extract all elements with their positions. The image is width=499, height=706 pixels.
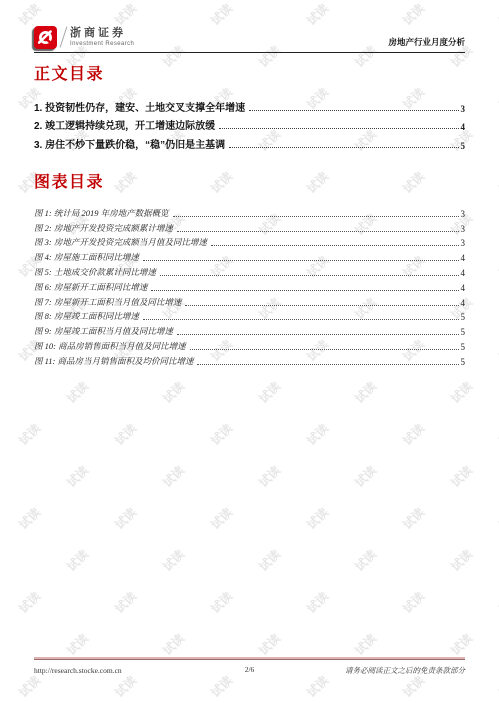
toc-item[interactable]: 3. 房住不炒下量跌价稳，“稳”仍旧是主基调 5	[34, 132, 465, 151]
document-page: 试读 试读 浙商证券 Investment Research	[0, 0, 499, 706]
page-content: 浙商证券 Investment Research 房地产行业月度分析 正文目录 …	[0, 0, 499, 706]
footer-divider	[34, 657, 465, 660]
dotted-leader	[143, 319, 459, 320]
figure-item-page: 4	[461, 253, 466, 263]
figure-toc-list: 图 1: 统计局 2019 年房地产数据概览 3 图 2: 房地产开发投资完成额…	[34, 204, 465, 367]
figure-toc-item[interactable]: 图 8: 房屋竣工面积同比增速 5	[34, 308, 465, 323]
figure-item-label: 图 5: 土地成交价款累计同比增速	[34, 266, 156, 278]
footer-row: http://research.stocke.com.cn 2/6 请务必阅读正…	[34, 665, 465, 676]
report-title: 房地产行业月度分析	[388, 36, 465, 52]
figure-item-label: 图 2: 房地产开发投资完成额累计增速	[34, 222, 173, 234]
figure-toc-item[interactable]: 图 7: 房屋新开工面积当月值及同比增速 4	[34, 293, 465, 308]
figure-item-page: 4	[461, 298, 466, 308]
page-number-indicator: 2/6	[34, 665, 465, 674]
figure-toc-item[interactable]: 图 2: 房地产开发投资完成额累计增速 3	[34, 219, 465, 234]
toc-item[interactable]: 2. 竣工逻辑持续兑现，开工增速边际放缓 4	[34, 114, 465, 133]
page-footer: http://research.stocke.com.cn 2/6 请务必阅读正…	[34, 657, 465, 676]
figure-item-label: 图 6: 房屋新开工面积同比增速	[34, 281, 147, 293]
figure-item-label: 图 10: 商品房销售面积当月值及同比增速	[34, 340, 186, 352]
figure-item-label: 图 4: 房屋施工面积同比增速	[34, 251, 139, 263]
figure-item-label: 图 3: 房地产开发投资完成额当月值及同比增速	[34, 236, 207, 248]
figure-toc-item[interactable]: 图 3: 房地产开发投资完成额当月值及同比增速 3	[34, 234, 465, 249]
dotted-leader	[177, 231, 459, 232]
brand-name: 浙商证券	[70, 28, 134, 39]
dotted-leader	[160, 275, 459, 276]
dotted-leader	[249, 110, 458, 111]
figure-toc-heading: 图表目录	[34, 169, 104, 192]
dotted-leader	[151, 290, 458, 291]
figure-item-label: 图 7: 房屋新开工面积当月值及同比增速	[34, 296, 181, 308]
main-toc-heading: 正文目录	[34, 61, 104, 84]
main-toc-list: 1. 投资韧性仍存，建安、土地交叉支撑全年增速 3 2. 竣工逻辑持续兑现，开工…	[34, 95, 465, 151]
figure-item-label: 图 9: 房屋竣工面积当月值及同比增速	[34, 325, 173, 337]
dotted-leader	[229, 147, 458, 148]
toc-item-label: 1. 投资韧性仍存，建安、土地交叉支撑全年增速	[34, 99, 245, 114]
figure-toc-item[interactable]: 图 1: 统计局 2019 年房地产数据概览 3	[34, 204, 465, 219]
figure-toc-item[interactable]: 图 6: 房屋新开工面积同比增速 4	[34, 278, 465, 293]
figure-toc-item[interactable]: 图 4: 房屋施工面积同比增速 4	[34, 248, 465, 263]
figure-item-label: 图 1: 统计局 2019 年房地产数据概览	[34, 207, 169, 219]
figure-item-page: 5	[461, 327, 466, 337]
figure-item-page: 5	[461, 342, 466, 352]
dotted-leader	[143, 260, 459, 261]
figure-item-page: 3	[461, 209, 466, 219]
dotted-leader	[190, 349, 459, 350]
toc-item-page: 5	[461, 141, 466, 151]
figure-item-page: 3	[461, 224, 466, 234]
figure-item-page: 3	[461, 238, 466, 248]
brand-text: 浙商证券 Investment Research	[70, 26, 134, 47]
figure-toc-item[interactable]: 图 11: 商品房当月销售面积及均价同比增速 5	[34, 352, 465, 367]
figure-toc-item[interactable]: 图 5: 土地成交价款累计同比增速 4	[34, 263, 465, 278]
toc-item-page: 4	[461, 122, 466, 132]
figure-item-label: 图 11: 商品房当月销售面积及均价同比增速	[34, 355, 193, 367]
dotted-leader	[197, 364, 458, 365]
figure-item-page: 5	[461, 357, 466, 367]
zheshang-securities-logo-icon	[34, 26, 57, 49]
dotted-leader	[177, 334, 459, 335]
brand-block: 浙商证券 Investment Research	[34, 26, 134, 52]
dotted-leader	[173, 216, 459, 217]
dotted-leader	[185, 305, 458, 306]
figure-item-page: 5	[461, 312, 466, 322]
logo-divider	[60, 26, 68, 47]
toc-item[interactable]: 1. 投资韧性仍存，建安、土地交叉支撑全年增速 3	[34, 95, 465, 114]
figure-toc-item[interactable]: 图 10: 商品房销售面积当月值及同比增速 5	[34, 337, 465, 352]
toc-item-label: 3. 房住不炒下量跌价稳，“稳”仍旧是主基调	[34, 136, 225, 151]
figure-item-label: 图 8: 房屋竣工面积同比增速	[34, 310, 139, 322]
dotted-leader	[211, 245, 459, 246]
figure-item-page: 4	[461, 283, 466, 293]
figure-toc-item[interactable]: 图 9: 房屋竣工面积当月值及同比增速 5	[34, 322, 465, 337]
brand-subtitle: Investment Research	[70, 41, 134, 47]
figure-item-page: 4	[461, 268, 466, 278]
toc-item-label: 2. 竣工逻辑持续兑现，开工增速边际放缓	[34, 117, 215, 132]
page-header: 浙商证券 Investment Research 房地产行业月度分析	[34, 22, 465, 53]
dotted-leader	[219, 128, 458, 129]
toc-item-page: 3	[461, 104, 466, 114]
